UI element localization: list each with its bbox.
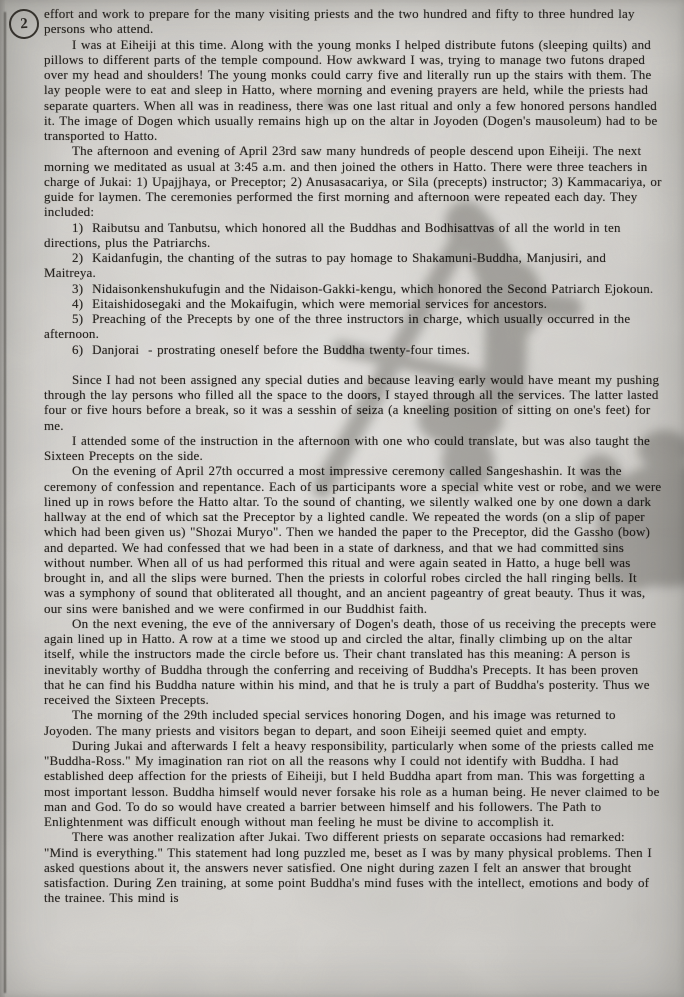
list-item-5: 5) Preaching of the Precepts by one of t… [44,311,662,342]
list-item-6: 6) Danjorai - prostrating oneself before… [44,342,662,357]
page-number-badge-label: 2 [20,15,28,32]
paragraph-4: Since I had not been assigned any specia… [44,372,662,433]
list-item-3: 3) Nidaisonkenshukufugin and the Nidaiso… [44,281,662,296]
list-item-2: 2) Kaidanfugin, the chanting of the sutr… [44,250,662,281]
paragraph-2: I was at Eiheiji at this time. Along wit… [44,37,662,144]
document-text: effort and work to prepare for the many … [44,6,662,906]
paragraph-7: On the next evening, the eve of the anni… [44,616,662,708]
list-item-1: 1) Raibutsu and Tanbutsu, which honored … [44,220,662,251]
paragraph-1: effort and work to prepare for the many … [44,6,662,37]
paragraph-8: The morning of the 29th included special… [44,707,662,738]
paragraph-6: On the evening of April 27th occurred a … [44,463,662,616]
paragraph-10: There was another realization after Juka… [44,829,662,905]
scanned-book-page: 2 effort and work to prepare for the man… [0,0,684,997]
paragraph-5: I attended some of the instruction in th… [44,433,662,464]
scan-crease-line [4,12,6,993]
page-number-badge: 2 [8,8,40,40]
list-item-4: 4) Eitaishidosegaki and the Mokaifugin, … [44,296,662,311]
paragraph-3: The afternoon and evening of April 23rd … [44,143,662,219]
paragraph-9: During Jukai and afterwards I felt a hea… [44,738,662,830]
